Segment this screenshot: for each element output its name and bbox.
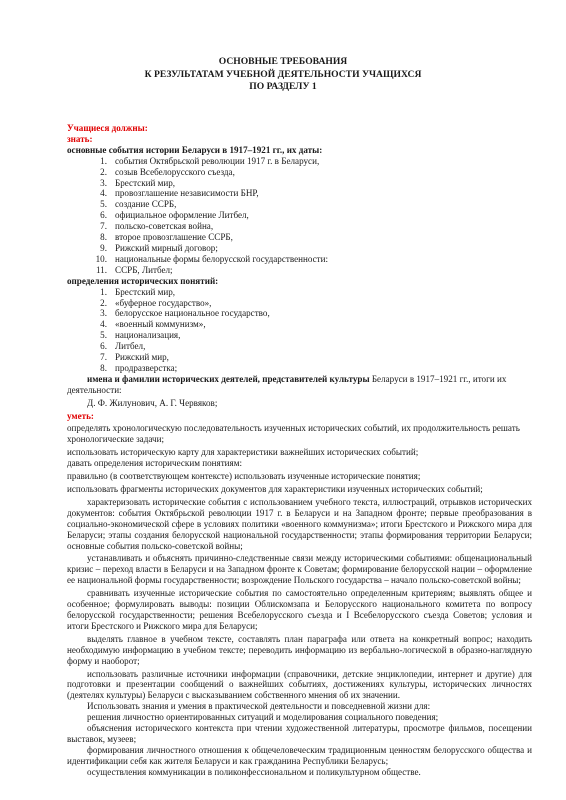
paragraph: характеризовать исторические события с и… <box>67 497 532 552</box>
skill-item: использовать фрагменты исторических доку… <box>67 484 532 495</box>
list-number: 8. <box>67 363 107 374</box>
list-text: белорусское национальное государство, <box>115 308 270 318</box>
intro-heading: Учащиеся должны: <box>67 123 532 134</box>
concept-item: 7.Рижский мир, <box>67 352 532 363</box>
paragraph: использовать различные источники информа… <box>67 669 532 702</box>
practice-item: формирования личностного отношения к общ… <box>67 745 532 767</box>
concept-item: 1.Брестский мир, <box>67 287 532 298</box>
list-number: 6. <box>67 341 107 352</box>
event-item: 9.Рижский мирный договор; <box>67 243 532 254</box>
list-text: события Октябрьской революции 1917 г. в … <box>115 156 319 166</box>
list-number: 7. <box>67 352 107 363</box>
list-number: 6. <box>67 210 107 221</box>
concept-item: 3.белорусское национальное государство, <box>67 308 532 319</box>
list-number: 2. <box>67 298 107 309</box>
list-number: 10. <box>67 254 107 265</box>
list-number: 3. <box>67 178 107 189</box>
document-title: ОСНОВНЫЕ ТРЕБОВАНИЯ К РЕЗУЛЬТАТАМ УЧЕБНО… <box>0 56 566 94</box>
event-item: 1.события Октябрьской революции 1917 г. … <box>67 156 532 167</box>
practice-item: объяснения исторического контекста при ч… <box>67 723 532 745</box>
figures-heading: имена и фамилии исторических деятелей, п… <box>67 374 532 396</box>
concepts-list: 1.Брестский мир,2.«буферное государство»… <box>67 287 532 374</box>
list-text: Литбел, <box>115 341 145 351</box>
list-text: второе провозглашение ССРБ, <box>115 232 233 242</box>
title-line-1: ОСНОВНЫЕ ТРЕБОВАНИЯ <box>0 56 566 69</box>
event-item: 8.второе провозглашение ССРБ, <box>67 232 532 243</box>
list-text: национализация, <box>115 330 180 340</box>
list-text: созыв Всебелорусского съезда, <box>115 167 235 177</box>
skill-item: определять хронологическую последователь… <box>67 423 532 445</box>
list-text: Рижский мирный договор; <box>115 243 218 253</box>
concept-item: 6.Литбел, <box>67 341 532 352</box>
events-heading: основные события истории Беларуси в 1917… <box>67 145 532 156</box>
list-text: Рижский мир, <box>115 352 169 362</box>
skill-item: давать определения историческим понятиям… <box>67 458 532 469</box>
events-list: 1.события Октябрьской революции 1917 г. … <box>67 156 532 276</box>
concept-item: 2.«буферное государство», <box>67 298 532 309</box>
list-text: национальные формы белорусской государст… <box>115 254 328 264</box>
list-text: провозглашение независимости БНР, <box>115 188 259 198</box>
skill-item: правильно (в соответствующем контексте) … <box>67 471 532 482</box>
event-item: 11.ССРБ, Литбел; <box>67 265 532 276</box>
paragraph: сравнивать изученные исторические событи… <box>67 588 532 632</box>
list-number: 8. <box>67 232 107 243</box>
list-number: 7. <box>67 221 107 232</box>
event-item: 2.созыв Всебелорусского съезда, <box>67 167 532 178</box>
list-text: Брестский мир, <box>115 178 175 188</box>
list-text: официальное оформление Литбел, <box>115 210 249 220</box>
title-line-3: ПО РАЗДЕЛУ 1 <box>0 81 566 94</box>
list-text: «военный коммунизм», <box>115 319 206 329</box>
concept-item: 8.продразверстка; <box>67 363 532 374</box>
practice-intro: Использовать знания и умения в практичес… <box>67 701 532 712</box>
event-item: 7.польско-советская война, <box>67 221 532 232</box>
list-number: 11. <box>67 265 107 276</box>
event-item: 3.Брестский мир, <box>67 178 532 189</box>
list-text: ССРБ, Литбел; <box>115 265 173 275</box>
document-body: Учащиеся должны: знать: основные события… <box>67 123 532 778</box>
list-number: 1. <box>67 156 107 167</box>
title-line-2: К РЕЗУЛЬТАТАМ УЧЕБНОЙ ДЕЯТЕЛЬНОСТИ УЧАЩИ… <box>0 69 566 82</box>
concept-item: 5.национализация, <box>67 330 532 341</box>
list-number: 4. <box>67 319 107 330</box>
list-number: 9. <box>67 243 107 254</box>
skill-item: использовать историческую карту для хара… <box>67 447 532 458</box>
list-number: 5. <box>67 199 107 210</box>
practice-item: осуществления коммуникации в поликонфесс… <box>67 767 532 778</box>
concepts-heading: определения исторических понятий: <box>67 276 532 287</box>
event-item: 6.официальное оформление Литбел, <box>67 210 532 221</box>
event-item: 5.создание ССРБ, <box>67 199 532 210</box>
list-text: Брестский мир, <box>115 287 175 297</box>
event-item: 4.провозглашение независимости БНР, <box>67 188 532 199</box>
list-number: 1. <box>67 287 107 298</box>
list-text: «буферное государство», <box>115 298 211 308</box>
list-text: продразверстка; <box>115 363 177 373</box>
figures-heading-bold: имена и фамилии исторических деятелей, п… <box>87 374 370 384</box>
list-number: 4. <box>67 188 107 199</box>
list-number: 3. <box>67 308 107 319</box>
event-item: 10.национальные формы белорусской госуда… <box>67 254 532 265</box>
paragraph: выделять главное в учебном тексте, соста… <box>67 634 532 667</box>
practice-item: решения личностно ориентированных ситуац… <box>67 712 532 723</box>
list-number: 2. <box>67 167 107 178</box>
figures-names: Д. Ф. Жилунович, А. Г. Червяков; <box>67 398 532 409</box>
list-number: 5. <box>67 330 107 341</box>
list-text: создание ССРБ, <box>115 199 176 209</box>
document-page: ОСНОВНЫЕ ТРЕБОВАНИЯ К РЕЗУЛЬТАТАМ УЧЕБНО… <box>0 0 566 800</box>
paragraph: устанавливать и объяснять причинно-следс… <box>67 553 532 586</box>
concept-item: 4.«военный коммунизм», <box>67 319 532 330</box>
know-label: знать: <box>67 134 532 145</box>
list-text: польско-советская война, <box>115 221 213 231</box>
skills-label: уметь: <box>67 411 532 422</box>
